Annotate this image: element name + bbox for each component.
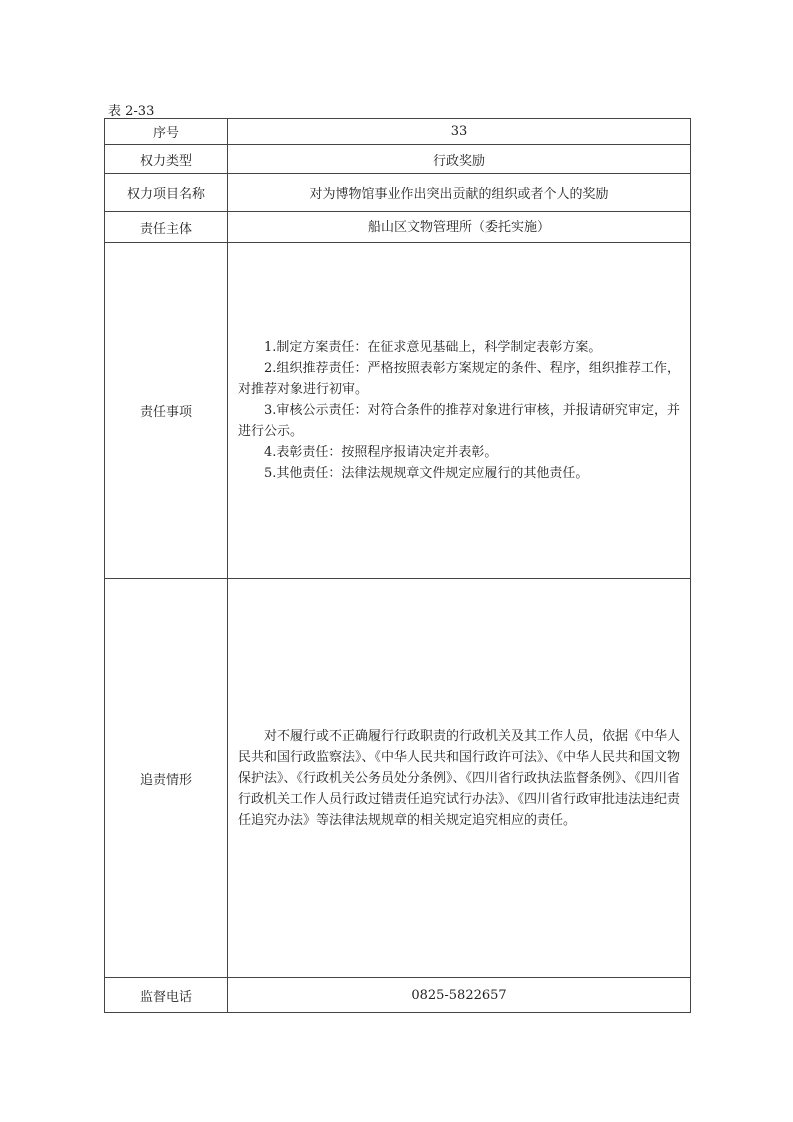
subject-label: 责任主体 [105,212,228,243]
accountability-text: 对不履行或不正确履行行政职责的行政机关及其工作人员，依据《中华人民共和国行政监察… [238,726,680,831]
duty-item: 4.表彰责任：按照程序报请决定并表彰。 [238,442,680,463]
power-type-label: 权力类型 [105,145,228,174]
duty-item: 3.审核公示责任：对符合条件的推荐对象进行审核，并报请研究审定，并进行公示。 [238,400,680,442]
phone-value: 0825-5822657 [228,978,691,1013]
table-row-duties: 责任事项 1.制定方案责任：在征求意见基础上，科学制定表彰方案。 2.组织推荐责… [105,243,691,579]
table-row-phone: 监督电话 0825-5822657 [105,978,691,1013]
table-caption: 表 2-33 [108,100,154,119]
subject-value: 船山区文物管理所（委托实施） [228,212,691,243]
table-row-accountability: 追责情形 对不履行或不正确履行行政职责的行政机关及其工作人员，依据《中华人民共和… [105,579,691,978]
item-name-label: 权力项目名称 [105,174,228,212]
table-row-serial: 序号 33 [105,119,691,145]
serial-value: 33 [228,119,691,145]
power-type-value: 行政奖励 [228,145,691,174]
phone-label: 监督电话 [105,978,228,1013]
duties-content: 1.制定方案责任：在征求意见基础上，科学制定表彰方案。 2.组织推荐责任：严格按… [228,243,691,579]
duty-item: 5.其他责任：法律法规规章文件规定应履行的其他责任。 [238,463,680,484]
table-row-item-name: 权力项目名称 对为博物馆事业作出突出贡献的组织或者个人的奖励 [105,174,691,212]
accountability-label: 追责情形 [105,579,228,978]
accountability-content: 对不履行或不正确履行行政职责的行政机关及其工作人员，依据《中华人民共和国行政监察… [228,579,691,978]
duty-item: 2.组织推荐责任：严格按照表彰方案规定的条件、程序，组织推荐工作，对推荐对象进行… [238,358,680,400]
duties-label: 责任事项 [105,243,228,579]
item-name-value: 对为博物馆事业作出突出贡献的组织或者个人的奖励 [228,174,691,212]
power-item-table: 序号 33 权力类型 行政奖励 权力项目名称 对为博物馆事业作出突出贡献的组织或… [104,118,691,1013]
serial-label: 序号 [105,119,228,145]
duty-item: 1.制定方案责任：在征求意见基础上，科学制定表彰方案。 [238,337,680,358]
table-row-subject: 责任主体 船山区文物管理所（委托实施） [105,212,691,243]
table-row-power-type: 权力类型 行政奖励 [105,145,691,174]
